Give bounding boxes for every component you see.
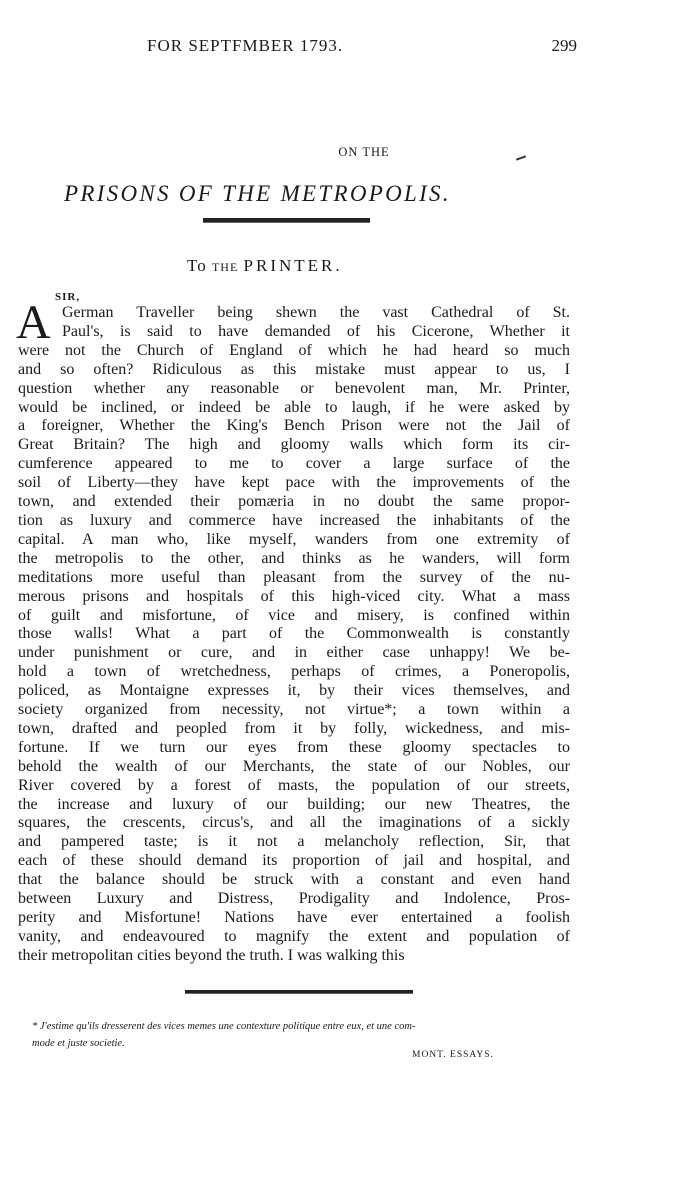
body-line: and pampered taste; is it not a melancho… (18, 833, 570, 852)
body-line: behold the wealth of our Merchants, the … (18, 758, 570, 777)
body-line: their metropolitan cities beyond the tru… (18, 947, 570, 966)
body-line: hold a town of wretchedness, perhaps of … (18, 663, 570, 682)
body-line: Paul's, is said to have demanded of his … (18, 323, 570, 342)
body-line: fortune. If we turn our eyes from these … (18, 739, 570, 758)
body-line: were not the Church of England of which … (18, 342, 570, 361)
body-line: under punishment or cure, and in either … (18, 644, 570, 663)
body-line: would be inclined, or indeed be able to … (18, 399, 570, 418)
running-head: FOR SEPTFMBER 1793. 299 (147, 36, 577, 56)
body-line: those walls! What a part of the Commonwe… (18, 625, 570, 644)
address-to: To (187, 256, 207, 275)
address-recipient: PRINTER. (244, 256, 343, 275)
body-line: of guilt and misfortune, of vice and mis… (18, 607, 570, 626)
footnote: * J'estime qu'ils dresserent des vices m… (32, 1018, 552, 1052)
title-divider-rule (203, 218, 370, 223)
body-line: River covered by a forest of masts, the … (18, 777, 570, 796)
salutation: SIR, (55, 291, 80, 303)
body-line: town, drafted and peopled from it by fol… (18, 720, 570, 739)
body-line: squares, the crescents, circus's, and al… (18, 814, 570, 833)
body-line: tion as luxury and commerce have increas… (18, 512, 570, 531)
body-line: perity and Misfortune! Nations have ever… (18, 909, 570, 928)
body-line: that the balance should be struck with a… (18, 871, 570, 890)
body-line: German Traveller being shewn the vast Ca… (18, 304, 570, 323)
body-line: merous prisons and hospitals of this hig… (18, 588, 570, 607)
body-line: meditations more useful than pleasant fr… (18, 569, 570, 588)
body-line: cumference appeared to me to cover a lar… (18, 455, 570, 474)
address-the: THE (212, 260, 238, 274)
body-line: between Luxury and Distress, Prodigality… (18, 890, 570, 909)
body-line: town, and extended their pomæria in no d… (18, 493, 570, 512)
body-line: capital. A man who, like myself, wanders… (18, 531, 570, 550)
body-line: vanity, and endeavoured to magnify the e… (18, 928, 570, 947)
body-line: a foreigner, Whether the King's Bench Pr… (18, 417, 570, 436)
address-line: To THE PRINTER. (187, 256, 343, 276)
body-line: society organized from necessity, not vi… (18, 701, 570, 720)
footnote-line: * J'estime qu'ils dresserent des vices m… (32, 1018, 552, 1035)
article-title: PRISONS OF THE METROPOLIS. (64, 181, 451, 207)
body-line: question whether any reasonable or benev… (18, 380, 570, 399)
body-line: soil of Liberty—they have kept pace with… (18, 474, 570, 493)
article-kicker: ON THE (0, 145, 688, 160)
body-line: policed, as Montaigne expresses it, by t… (18, 682, 570, 701)
body-line: the metropolis to the other, and thinks … (18, 550, 570, 569)
article-body: German Traveller being shewn the vast Ca… (18, 304, 570, 966)
body-line: Great Britain? The high and gloomy walls… (18, 436, 570, 455)
running-head-text: FOR SEPTFMBER 1793. (147, 36, 343, 55)
body-line: each of these should demand its proporti… (18, 852, 570, 871)
body-line: the increase and luxury of our building;… (18, 796, 570, 815)
body-line: and so often? Ridiculous as this mistake… (18, 361, 570, 380)
footnote-divider-rule (185, 990, 413, 994)
footnote-source: MONT. ESSAYS. (412, 1050, 494, 1060)
page-number: 299 (552, 36, 578, 56)
